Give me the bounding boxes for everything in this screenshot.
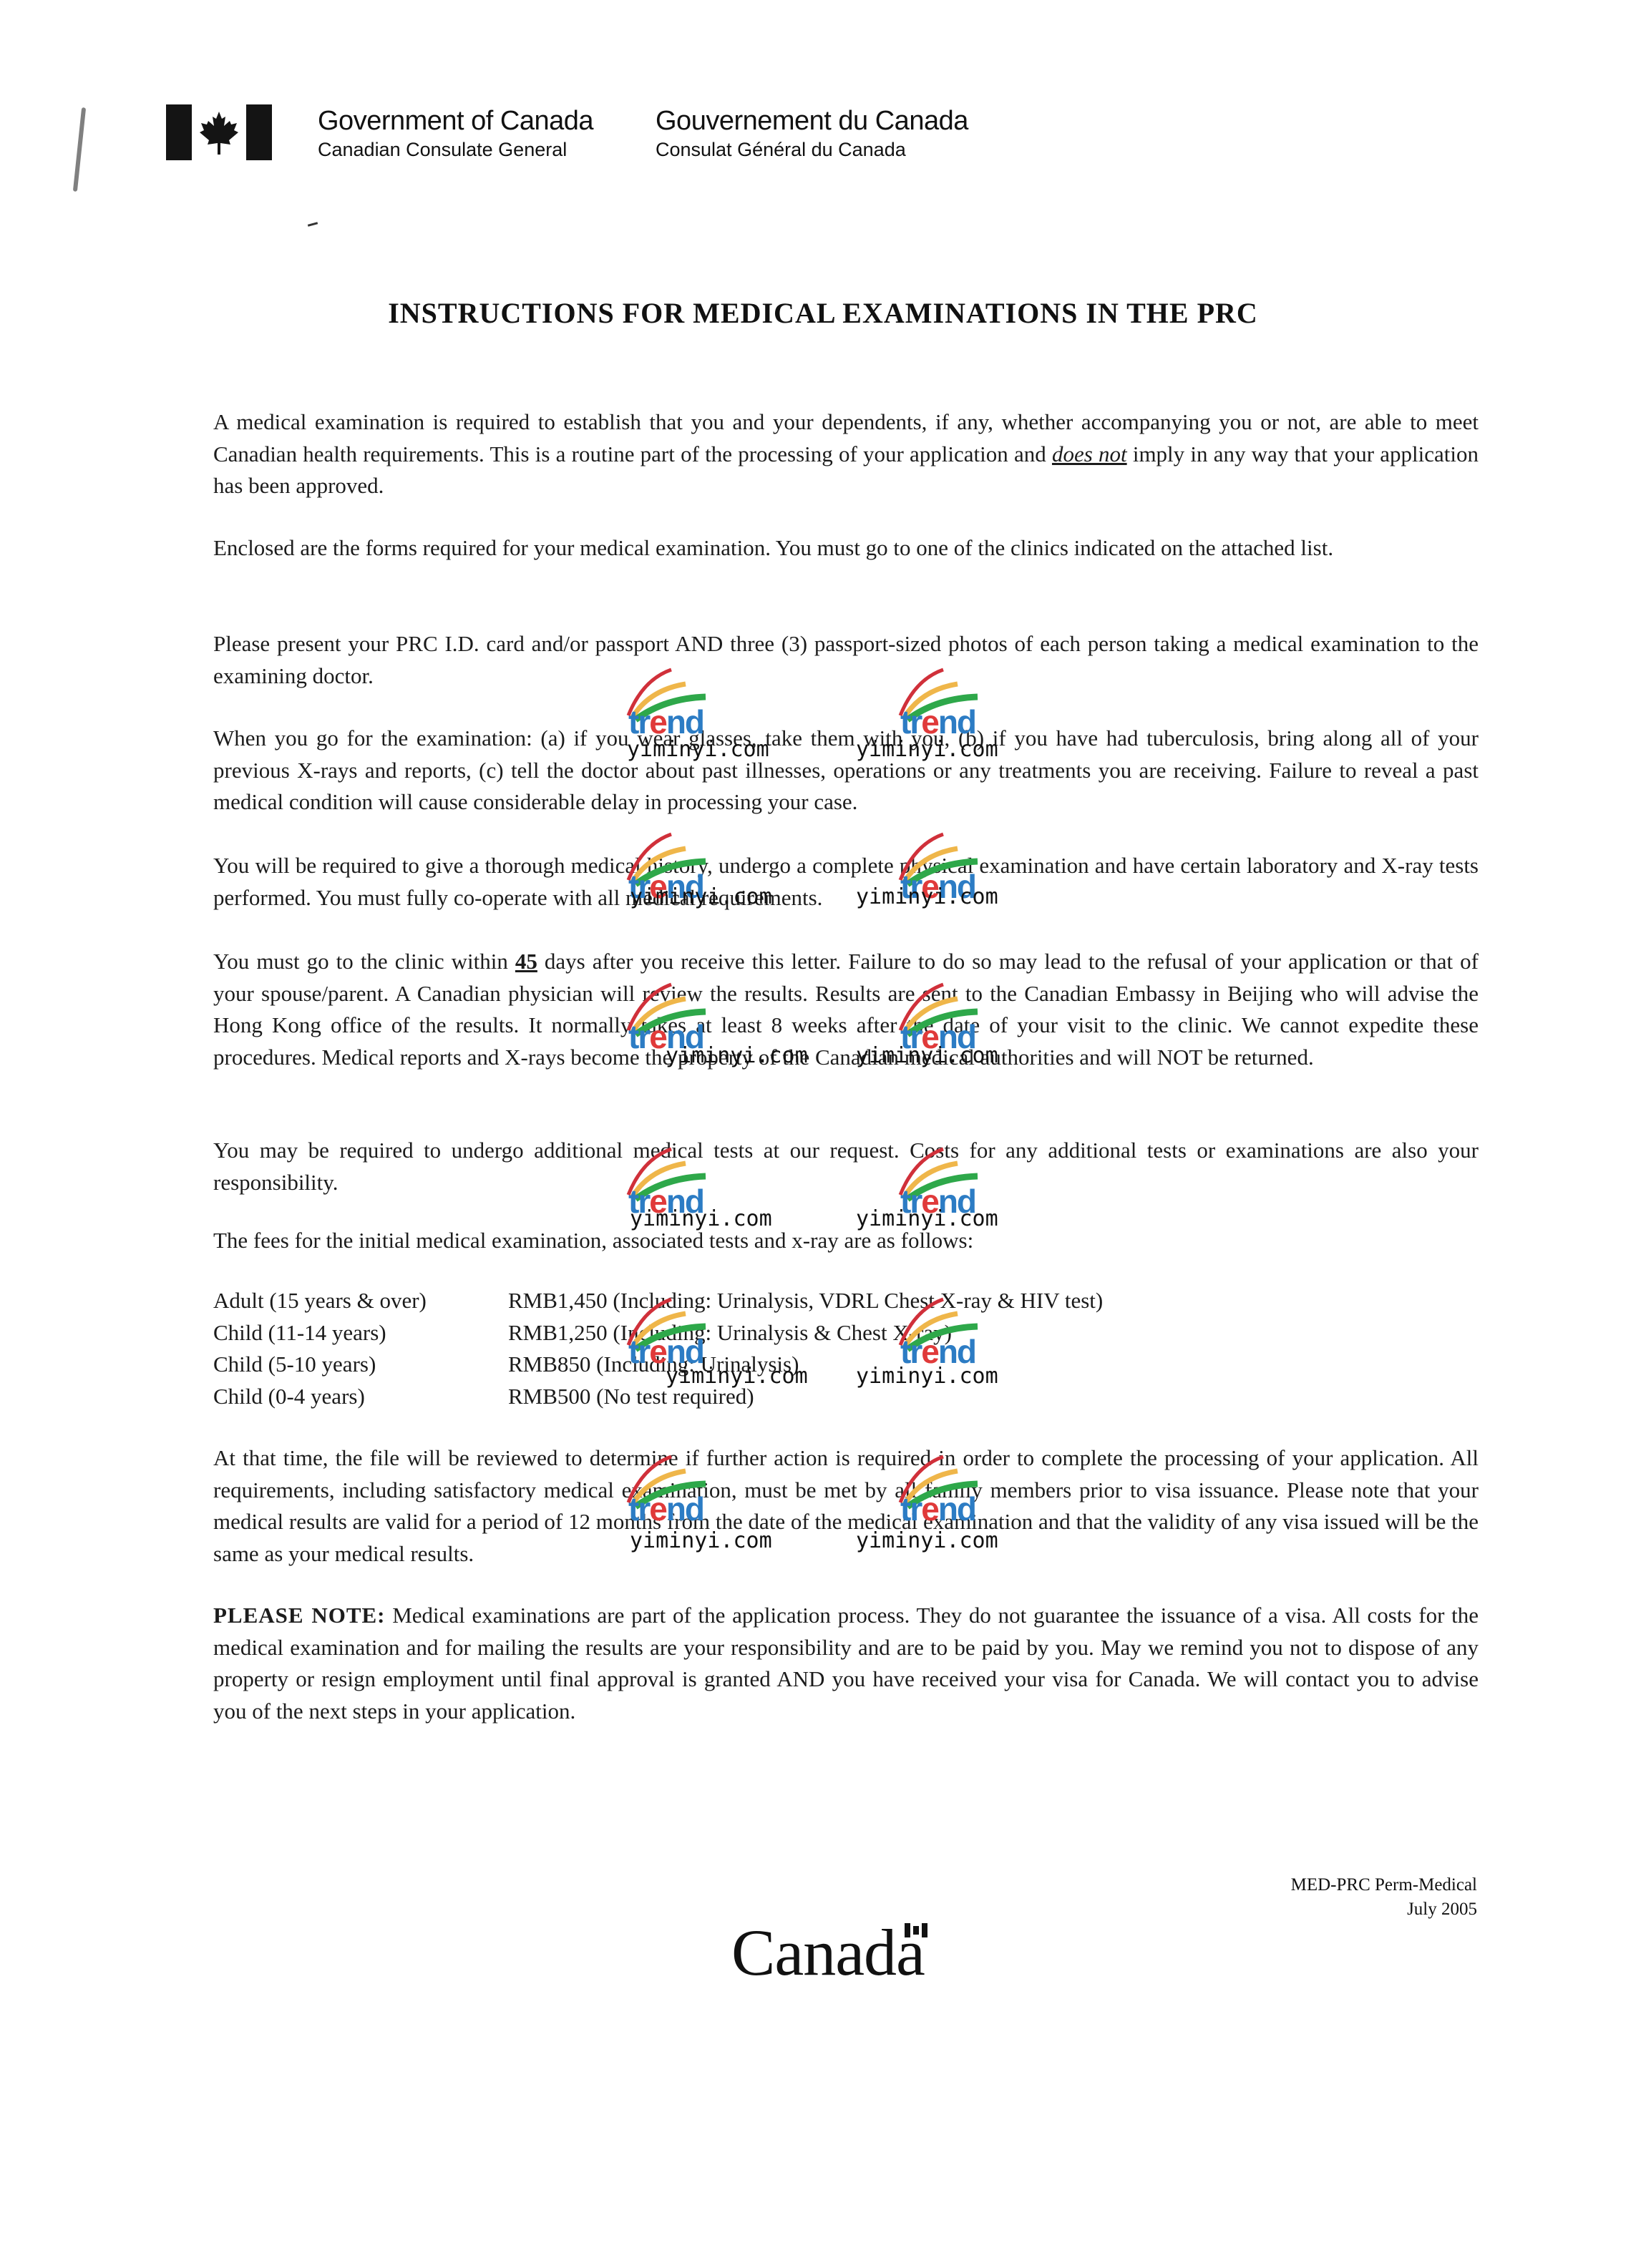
paragraph-deadline: You must go to the clinic within 45 days… [213, 946, 1479, 1073]
fee-amount: RMB500 (No test required) [508, 1381, 754, 1413]
fee-amount: RMB1,450 (Including: Urinalysis, VDRL Ch… [508, 1285, 1103, 1317]
canada-wordmark: Canada [731, 1915, 925, 1990]
form-date: July 2005 [1291, 1897, 1477, 1922]
form-reference: MED-PRC Perm-Medical July 2005 [1291, 1873, 1477, 1922]
document-title: INSTRUCTIONS FOR MEDICAL EXAMINATIONS IN… [0, 296, 1646, 330]
stray-mark [308, 222, 318, 227]
paragraph-review: At that time, the file will be reviewed … [213, 1442, 1479, 1570]
paragraph-medical-history: You will be required to give a thorough … [213, 850, 1479, 914]
handwritten-pen-mark [73, 107, 86, 192]
consulate-name-fr: Consulat Général du Canada [656, 137, 968, 162]
paragraph-additional-tests: You may be required to undergo additiona… [213, 1135, 1479, 1198]
paragraph-forms: Enclosed are the forms required for your… [213, 532, 1479, 564]
fee-amount: RMB850 (Including: Urinalysis) [508, 1349, 799, 1381]
fee-age-group: Child (0-4 years) [213, 1381, 508, 1413]
wordmark-flag-icon [905, 1923, 927, 1937]
paragraph-please-note: PLEASE NOTE: Medical examinations are pa… [213, 1600, 1479, 1727]
fees-table: Adult (15 years & over) RMB1,450 (Includ… [213, 1285, 1103, 1412]
fee-row: Child (0-4 years) RMB500 (No test requir… [213, 1381, 1103, 1413]
please-note-label: PLEASE NOTE: [213, 1603, 386, 1628]
paragraph-documents: Please present your PRC I.D. card and/or… [213, 628, 1479, 692]
fee-age-group: Child (5-10 years) [213, 1349, 508, 1381]
fee-row: Adult (15 years & over) RMB1,450 (Includ… [213, 1285, 1103, 1317]
paragraph-examination-prep: When you go for the examination: (a) if … [213, 723, 1479, 818]
form-code: MED-PRC Perm-Medical [1291, 1873, 1477, 1897]
government-title-en: Government of Canada [318, 104, 593, 137]
fee-row: Child (11-14 years) RMB1,250 (Including:… [213, 1317, 1103, 1349]
header-french: Gouvernement du Canada Consulat Général … [656, 104, 968, 162]
fee-amount: RMB1,250 (Including: Urinalysis & Chest … [508, 1317, 952, 1349]
canada-flag-icon [166, 104, 272, 162]
fee-row: Child (5-10 years) RMB850 (Including: Ur… [213, 1349, 1103, 1381]
fee-age-group: Child (11-14 years) [213, 1317, 508, 1349]
header-english: Government of Canada Canadian Consulate … [318, 104, 593, 162]
paragraph-requirement: A medical examination is required to est… [213, 406, 1479, 502]
emphasis-does-not: does not [1052, 441, 1127, 466]
paragraph-fees-intro: The fees for the initial medical examina… [213, 1225, 1479, 1257]
deadline-days: 45 [515, 949, 537, 974]
consulate-name-en: Canadian Consulate General [318, 137, 593, 162]
document-page: Government of Canada Canadian Consulate … [0, 0, 1646, 2268]
fee-age-group: Adult (15 years & over) [213, 1285, 508, 1317]
government-title-fr: Gouvernement du Canada [656, 104, 968, 137]
